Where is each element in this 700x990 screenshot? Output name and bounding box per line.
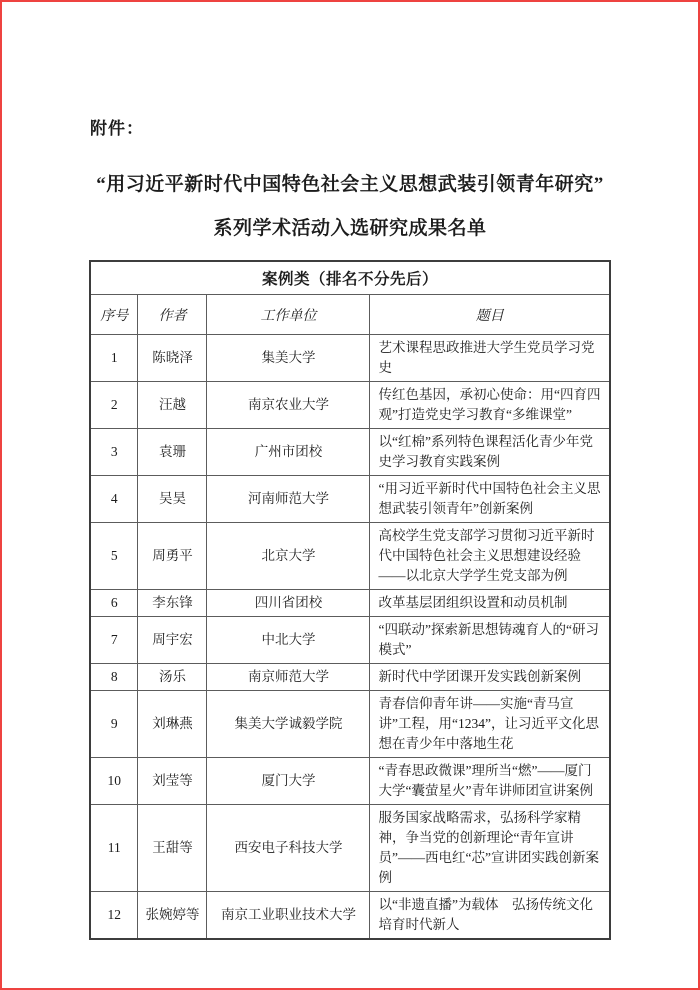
cell-title: 高校学生党支部学习贯彻习近平新时代中国特色社会主义思想建设经验——以北京大学学生… [370,523,610,590]
table-row: 10刘莹等厦门大学“青春思政微课”理所当“燃”——厦门大学“囊萤星火”青年讲师团… [90,758,610,805]
cell-no: 5 [90,523,138,590]
cell-title: “青春思政微课”理所当“燃”——厦门大学“囊萤星火”青年讲师团宣讲案例 [370,758,610,805]
table-row: 3袁珊广州市团校以“红棉”系列特色课程活化青少年党史学习教育实践案例 [90,429,610,476]
cell-unit: 厦门大学 [207,758,370,805]
cell-unit: 集美大学诚毅学院 [207,691,370,758]
cell-no: 3 [90,429,138,476]
cell-author: 汪越 [138,382,207,429]
table-caption-row: 案例类（排名不分先后） [90,261,610,295]
attachment-label: 附件： [90,114,698,139]
cell-title: 服务国家战略需求，弘扬科学家精神，争当党的创新理论“青年宣讲员”——西电红“芯”… [370,805,610,892]
cell-unit: 中北大学 [207,617,370,664]
table-row: 4吴昊河南师范大学“用习近平新时代中国特色社会主义思想武装引领青年”创新案例 [90,476,610,523]
cell-author: 刘莹等 [138,758,207,805]
cell-title: 艺术课程思政推进大学生党员学习党史 [370,335,610,382]
cell-title: 以“非遗直播”为载体 弘扬传统文化 培育时代新人 [370,892,610,940]
table-row: 11王甜等西安电子科技大学服务国家战略需求，弘扬科学家精神，争当党的创新理论“青… [90,805,610,892]
cell-author: 袁珊 [138,429,207,476]
cell-unit: 四川省团校 [207,590,370,617]
table-row: 5周勇平北京大学高校学生党支部学习贯彻习近平新时代中国特色社会主义思想建设经验—… [90,523,610,590]
table-row: 1陈晓泽集美大学艺术课程思政推进大学生党员学习党史 [90,335,610,382]
cell-no: 11 [90,805,138,892]
cell-no: 12 [90,892,138,940]
document-page: 附件： “用习近平新时代中国特色社会主义思想武装引领青年研究” 系列学术活动入选… [0,0,700,990]
column-header-title: 题目 [370,295,610,335]
table-row: 2汪越南京农业大学传红色基因，承初心使命：用“四育四观”打造党史学习教育“多维课… [90,382,610,429]
column-header-author: 作者 [138,295,207,335]
cell-unit: 南京工业职业技术大学 [207,892,370,940]
cell-title: 以“红棉”系列特色课程活化青少年党史学习教育实践案例 [370,429,610,476]
document-title-line2: 系列学术活动入选研究成果名单 [2,207,698,251]
cell-no: 6 [90,590,138,617]
cell-author: 汤乐 [138,664,207,691]
cell-no: 10 [90,758,138,805]
cell-author: 周宇宏 [138,617,207,664]
cell-unit: 南京师范大学 [207,664,370,691]
cell-title: 传红色基因，承初心使命：用“四育四观”打造党史学习教育“多维课堂” [370,382,610,429]
cell-unit: 河南师范大学 [207,476,370,523]
cell-title: “四联动”探索新思想铸魂育人的“研习模式” [370,617,610,664]
cell-title: “用习近平新时代中国特色社会主义思想武装引领青年”创新案例 [370,476,610,523]
table-header-row: 序号 作者 工作单位 题目 [90,295,610,335]
table-row: 9刘琳燕集美大学诚毅学院青春信仰青年讲——实施“青马宣讲”工程，用“1234”，… [90,691,610,758]
table-row: 6李东锋四川省团校改革基层团组织设置和动员机制 [90,590,610,617]
cell-no: 7 [90,617,138,664]
cell-unit: 北京大学 [207,523,370,590]
document-title-line1: “用习近平新时代中国特色社会主义思想武装引领青年研究” [2,163,698,207]
cell-no: 4 [90,476,138,523]
cell-unit: 广州市团校 [207,429,370,476]
case-table-head: 案例类（排名不分先后） 序号 作者 工作单位 题目 [90,261,610,335]
cell-author: 周勇平 [138,523,207,590]
document-title: “用习近平新时代中国特色社会主义思想武装引领青年研究” 系列学术活动入选研究成果… [2,163,698,251]
table-caption: 案例类（排名不分先后） [90,261,610,295]
cell-author: 张婉婷等 [138,892,207,940]
cell-title: 青春信仰青年讲——实施“青马宣讲”工程，用“1234”，让习近平文化思想在青少年… [370,691,610,758]
cell-no: 9 [90,691,138,758]
cell-no: 2 [90,382,138,429]
cell-author: 刘琳燕 [138,691,207,758]
cell-unit: 西安电子科技大学 [207,805,370,892]
table-row: 8汤乐南京师范大学新时代中学团课开发实践创新案例 [90,664,610,691]
column-header-unit: 工作单位 [207,295,370,335]
cell-unit: 南京农业大学 [207,382,370,429]
column-header-seq: 序号 [90,295,138,335]
cell-no: 1 [90,335,138,382]
table-row: 12张婉婷等南京工业职业技术大学以“非遗直播”为载体 弘扬传统文化 培育时代新人 [90,892,610,940]
cell-author: 王甜等 [138,805,207,892]
cell-no: 8 [90,664,138,691]
cell-author: 吴昊 [138,476,207,523]
cell-author: 李东锋 [138,590,207,617]
cell-author: 陈晓泽 [138,335,207,382]
case-table-body: 1陈晓泽集美大学艺术课程思政推进大学生党员学习党史2汪越南京农业大学传红色基因，… [90,335,610,940]
cell-title: 新时代中学团课开发实践创新案例 [370,664,610,691]
cell-title: 改革基层团组织设置和动员机制 [370,590,610,617]
cell-unit: 集美大学 [207,335,370,382]
table-row: 7周宇宏中北大学“四联动”探索新思想铸魂育人的“研习模式” [90,617,610,664]
case-table: 案例类（排名不分先后） 序号 作者 工作单位 题目 1陈晓泽集美大学艺术课程思政… [89,260,611,940]
